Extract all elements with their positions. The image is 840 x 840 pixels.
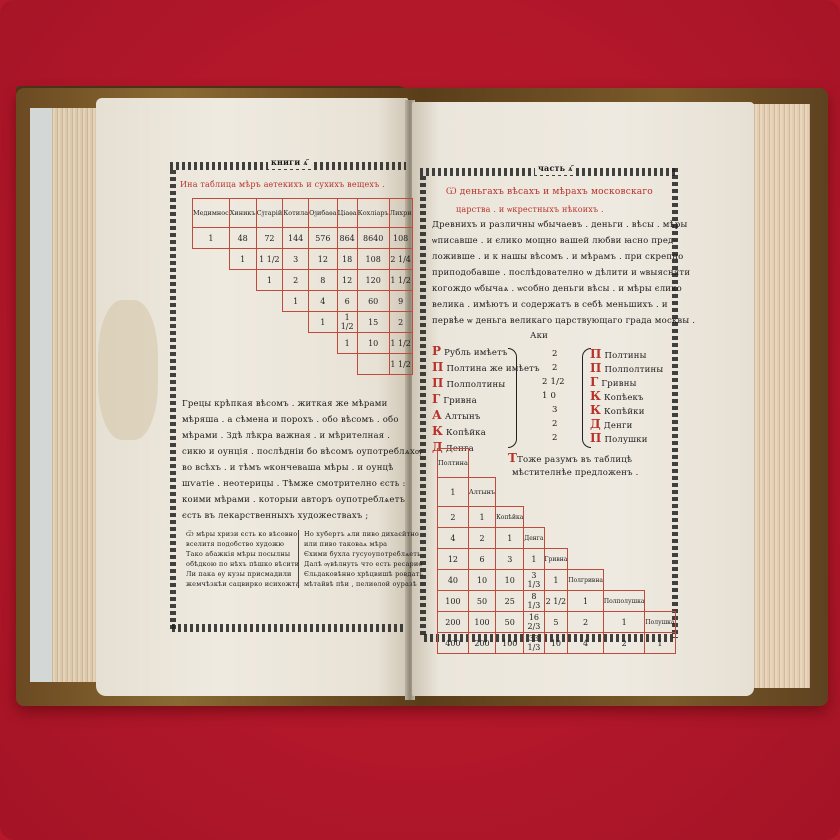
section-label: Аки bbox=[530, 330, 548, 343]
right-title-line2: царства . и ѡкрестныхъ нѣкоихъ . bbox=[456, 203, 604, 216]
water-stain bbox=[98, 300, 158, 440]
right-title-line1: Ѡ деньгахъ вѣсахъ и мѣрахъ московскаго bbox=[446, 186, 653, 199]
table-header-row: Медимнос Хиникъ Сѯтарій Котила Оѯибаѳа Ц… bbox=[193, 199, 413, 228]
running-head-right: часть ѧ҃ bbox=[535, 162, 575, 175]
footnote-divider bbox=[298, 530, 299, 588]
table-row: 148721445768648640108 bbox=[193, 228, 413, 249]
photo-frame: книги ѧ҃ Ина таблица мѣръ аѳтекихъ и сух… bbox=[0, 0, 840, 840]
flyleaf bbox=[30, 108, 52, 682]
table-row: 1 1/2 bbox=[193, 354, 413, 375]
table-row: 146609 bbox=[193, 291, 413, 312]
table-row: 11 1/2312181082 1/4 bbox=[193, 249, 413, 270]
coin-table: Полтина 1Алтынъ 21Копѣйка 421Денга 12631… bbox=[437, 448, 676, 654]
ornament-side-left bbox=[170, 170, 176, 630]
ornament-bottom-left bbox=[172, 624, 406, 632]
page-stack-left bbox=[30, 108, 100, 682]
running-head-left: книги ѧ҃ bbox=[268, 156, 311, 169]
measures-table: Медимнос Хиникъ Сѯтарій Котила Оѯибаѳа Ц… bbox=[192, 198, 413, 375]
brace-left bbox=[508, 348, 517, 448]
table-row: 11 1/2152 bbox=[193, 312, 413, 333]
ornament-side-left-right-page bbox=[420, 176, 426, 636]
page-stack-right bbox=[752, 104, 810, 688]
table-row: 1101 1/2 bbox=[193, 333, 413, 354]
table-title-left: Ина таблица мѣръ аѳтекихъ и сухихъ вещех… bbox=[180, 178, 385, 191]
table-row: 128121201 1/2 bbox=[193, 270, 413, 291]
